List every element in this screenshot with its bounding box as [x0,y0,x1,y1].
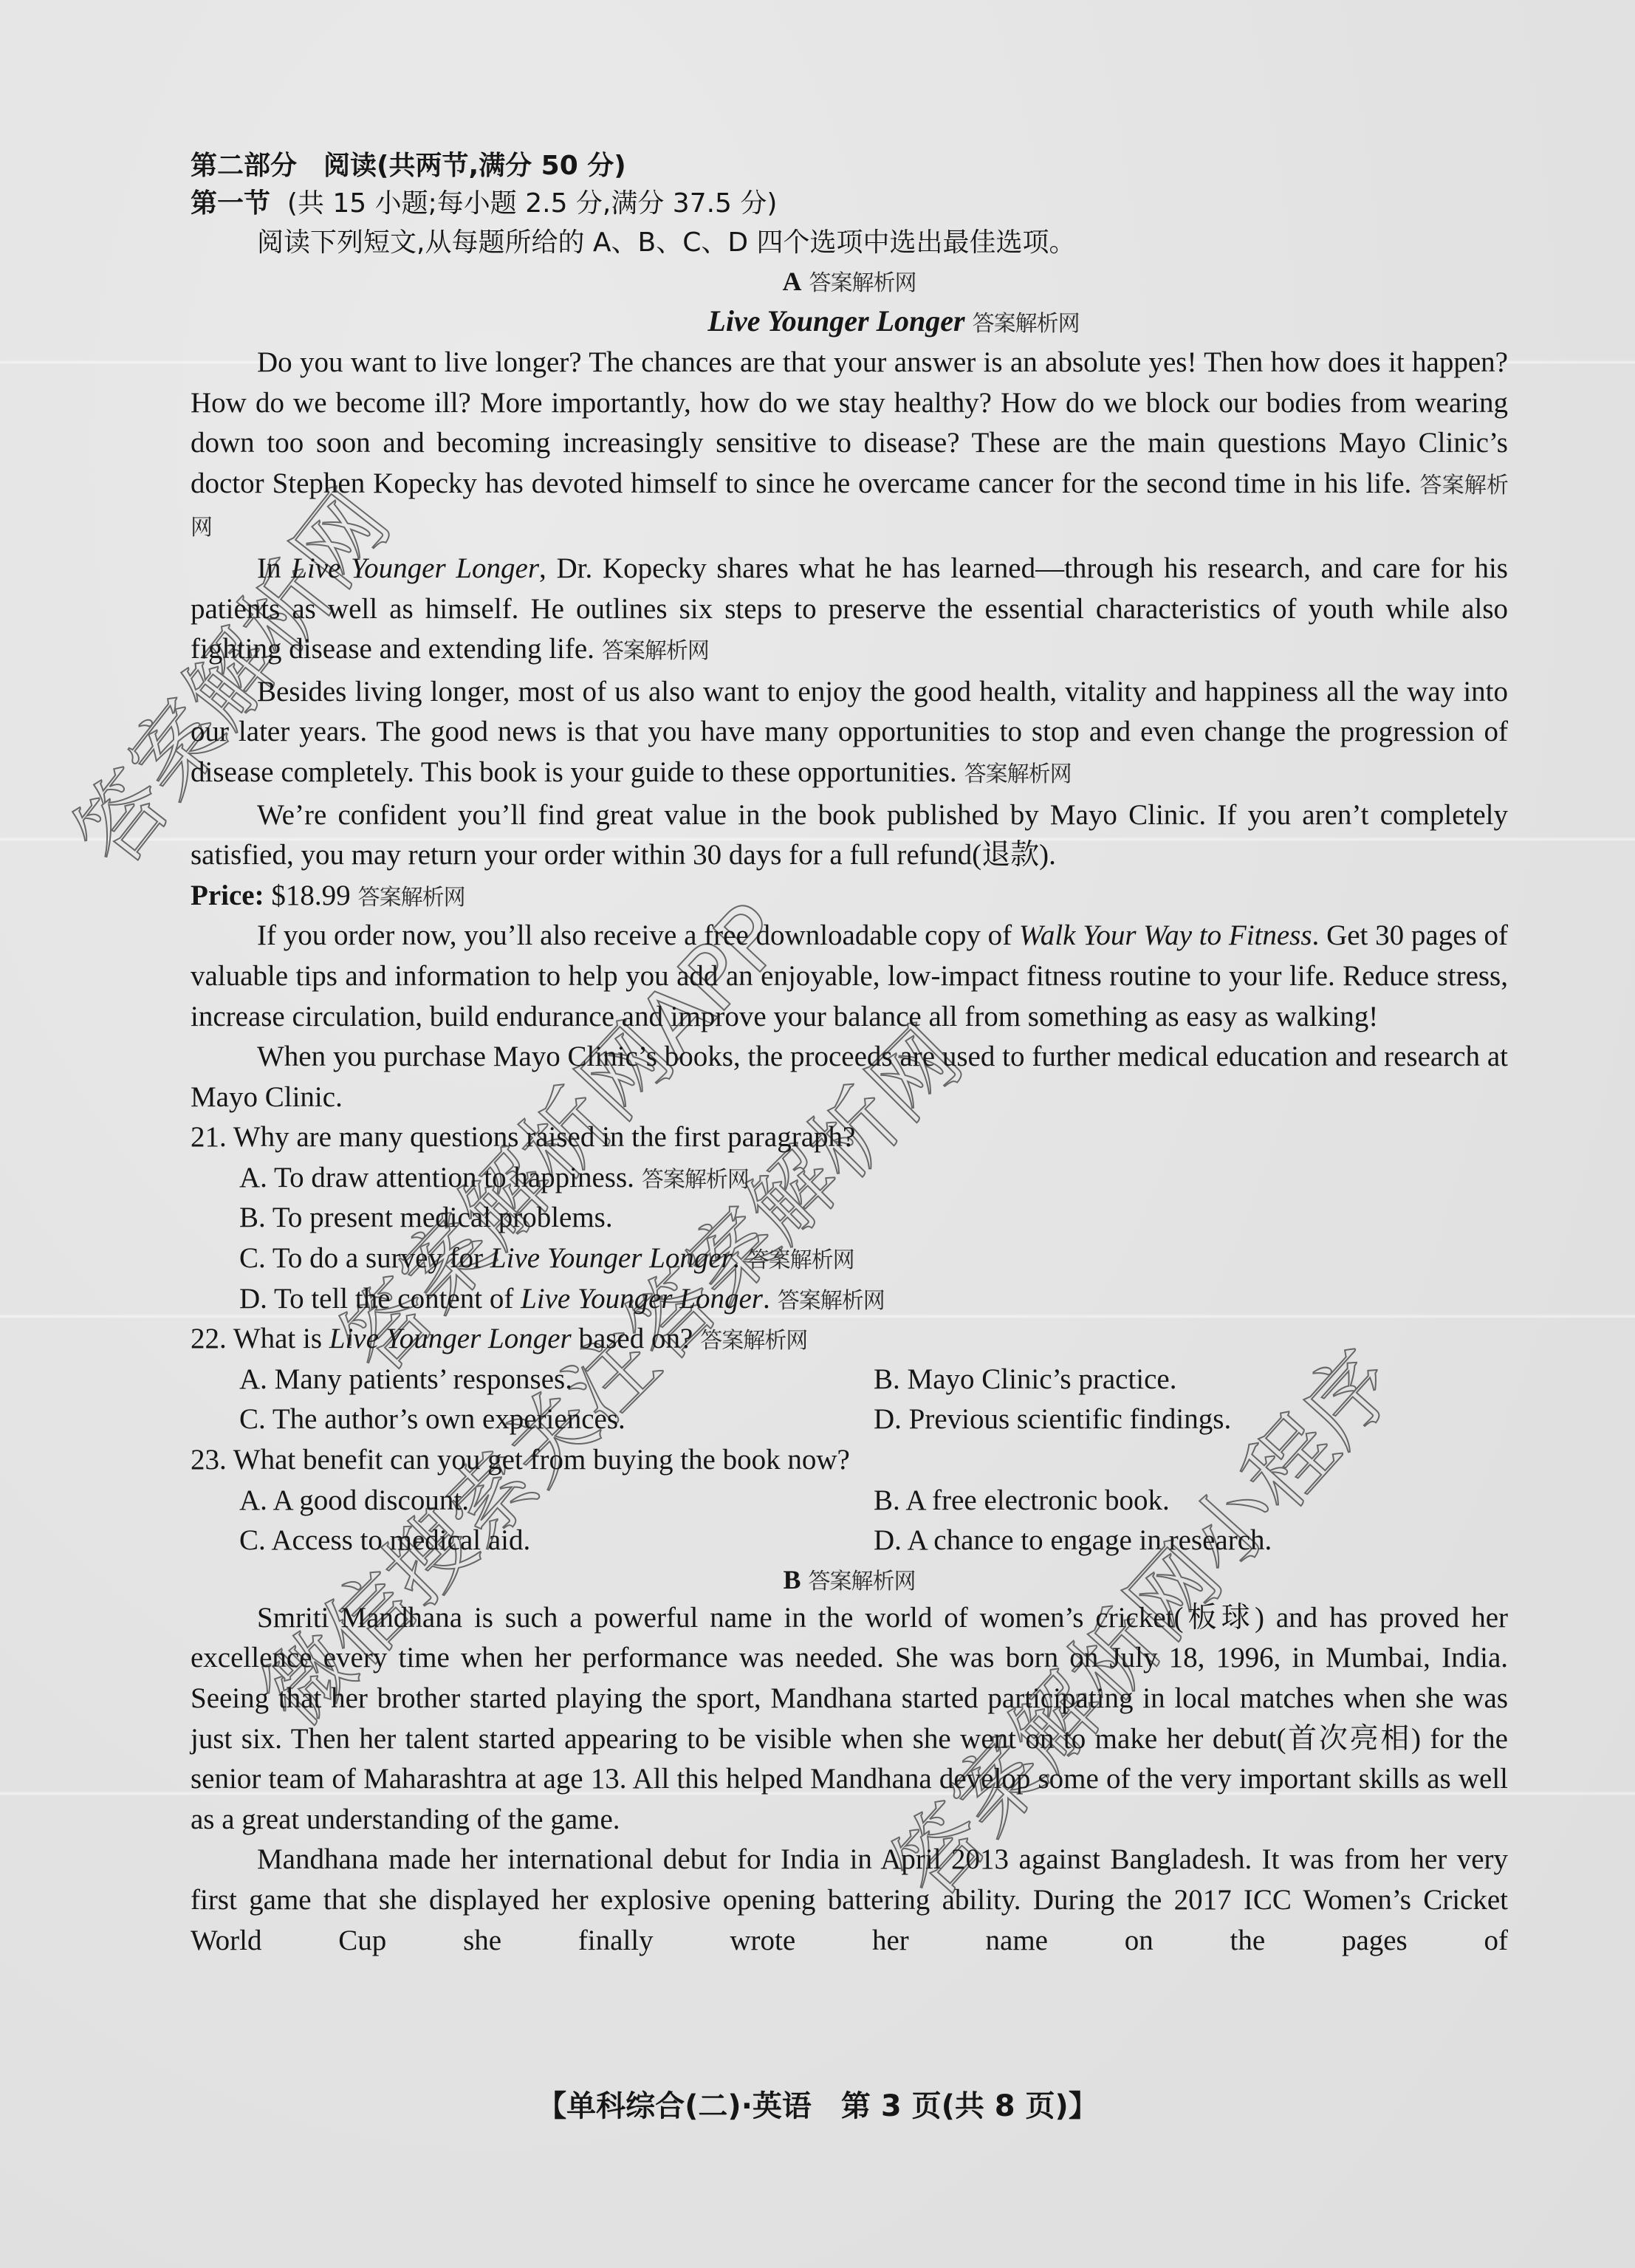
options-row: C. Access to medical aid. D. A chance to… [191,1521,1508,1561]
paragraph: When you purchase Mayo Clinic’s books, t… [191,1037,1508,1117]
passage-a-title: Live Younger Longer答案解析网 [191,300,1508,343]
option-22-c[interactable]: C. The author’s own experiences. [239,1399,874,1440]
option-21-c[interactable]: C. To do a survey for Live Younger Longe… [191,1239,1508,1279]
paragraph: Besides living longer, most of us also w… [191,672,1508,795]
price-value: $18.99 [271,880,350,911]
question-21: 21. Why are many questions raised in the… [191,1117,1508,1158]
option-23-b[interactable]: B. A free electronic book. [874,1481,1508,1521]
option-21-b[interactable]: B. To present medical problems. [191,1198,1508,1239]
option-23-d[interactable]: D. A chance to engage in research. [874,1521,1508,1561]
inline-watermark: 答案解析网 [809,270,916,296]
inline-watermark: 答案解析网 [809,1569,916,1594]
options-row: A. A good discount. B. A free electronic… [191,1481,1508,1521]
option-21-d[interactable]: D. To tell the content of Live Younger L… [191,1279,1508,1320]
option-22-b[interactable]: B. Mayo Clinic’s practice. [874,1360,1508,1400]
inline-watermark: 答案解析网 [973,311,1080,337]
option-23-c[interactable]: C. Access to medical aid. [239,1521,874,1561]
section-label: 第一节 [191,188,270,219]
section-heading: 第一节 (共 15 小题;每小题 2.5 分,满分 37.5 分) [191,185,1508,223]
option-22-a[interactable]: A. Many patients’ responses. [239,1360,874,1400]
option-21-a[interactable]: A. To draw attention to happiness.答案解析网 [191,1158,1508,1199]
passage-a-label: A答案解析网 [191,263,1508,300]
option-23-a[interactable]: A. A good discount. [239,1481,874,1521]
question-23: 23. What benefit can you get from buying… [191,1440,1508,1481]
options-row: C. The author’s own experiences. D. Prev… [191,1399,1508,1440]
paragraph: Mandhana made her international debut fo… [191,1840,1508,1961]
exam-content: 第二部分 阅读(共两节,满分 50 分) 第一节 (共 15 小题;每小题 2.… [191,148,1508,1961]
book-title: Walk Your Way to Fitness [1019,919,1312,951]
book-title: Live Younger Longer [291,552,539,584]
paragraph: In Live Younger Longer, Dr. Kopecky shar… [191,549,1508,672]
price-line: Price: $18.99答案解析网 [191,876,1508,917]
paragraph: Do you want to live longer? The chances … [191,343,1508,549]
paragraph: If you order now, you’ll also receive a … [191,916,1508,1037]
part-title: 第二部分 阅读(共两节,满分 50 分) [191,148,1508,185]
scanned-page: 答案解析网 答案解析网APP 微信搜索关注答案解析网 答案解析网小程序 第二部分… [0,0,1635,2268]
question-22: 22. What is Live Younger Longer based on… [191,1319,1508,1360]
paragraph: Smriti Mandhana is such a powerful name … [191,1598,1508,1840]
paragraph: We’re confident you’ll find great value … [191,795,1508,876]
page-footer: 【单科综合(二)·英语 第 3 页(共 8 页)】 [0,2084,1635,2128]
passage-b-label: B答案解析网 [191,1561,1508,1598]
section-info: (共 15 小题;每小题 2.5 分,满分 37.5 分) [287,188,778,219]
instructions: 阅读下列短文,从每题所给的 A、B、C、D 四个选项中选出最佳选项。 [191,223,1508,263]
options-row: A. Many patients’ responses. B. Mayo Cli… [191,1360,1508,1400]
option-22-d[interactable]: D. Previous scientific findings. [874,1399,1508,1440]
